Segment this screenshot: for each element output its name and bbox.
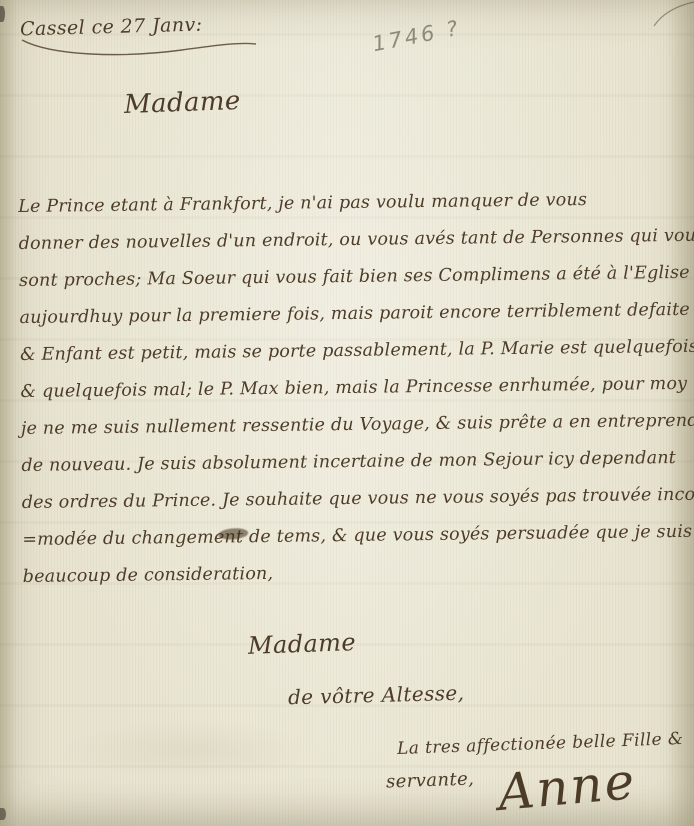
letter-body: Le Prince etant à Frankfort, je n'ai pas…: [18, 181, 694, 609]
scan-crease-mark: [624, 0, 694, 30]
closing-altesse: de vôtre Altesse,: [288, 681, 465, 710]
dateline-flourish: [12, 34, 262, 60]
signature-anne: Anne: [496, 752, 639, 822]
letter-line: beaucoup de consideration,: [23, 551, 694, 596]
closing-madame: Madame: [248, 628, 357, 660]
salutation: Madame: [124, 86, 242, 120]
scan-edge-mark: [0, 6, 5, 22]
paper-stain: [60, 720, 320, 780]
valediction-line-2: servante,: [386, 768, 475, 792]
scan-edge-mark: [0, 808, 6, 820]
